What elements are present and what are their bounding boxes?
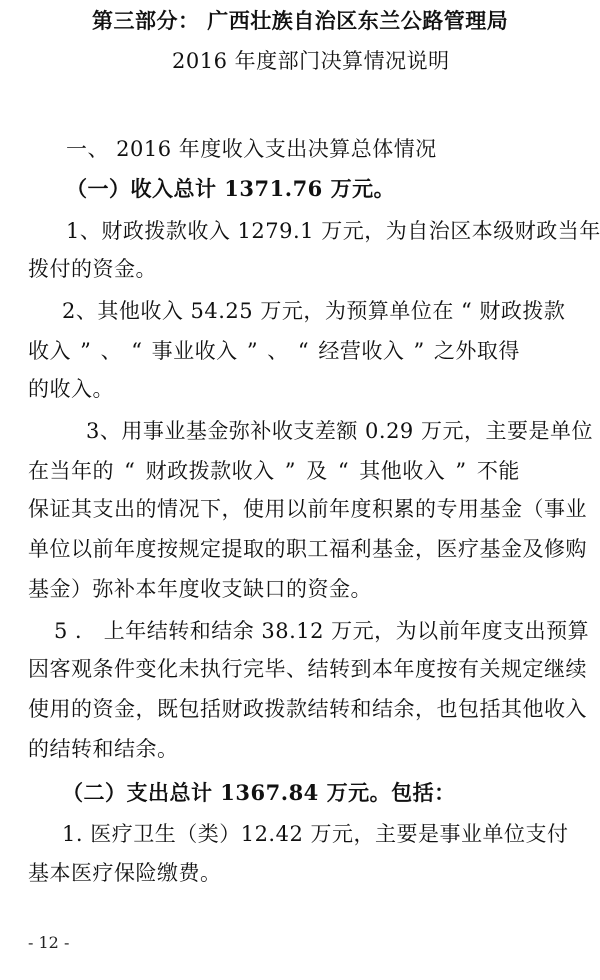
income-item-5-line-4: 的结转和结余。 — [28, 736, 179, 762]
income-item-1-line-1: 1、财政拨款收入 1279.1 万元，为自治区本级财政当年 — [66, 218, 600, 244]
income-item-3-line-5: 基金）弥补本年度收支缺口的资金。 — [28, 576, 372, 602]
income-item-3-line-3: 保证其支出的情况下，使用以前年度积累的专用基金（事业 — [28, 496, 587, 522]
income-item-5-line-3: 使用的资金，既包括财政拨款结转和结余，也包括其他收入 — [28, 696, 587, 722]
income-item-5-line-2: 因客观条件变化未执行完毕、结转到本年度按有关规定继续 — [28, 656, 587, 682]
income-item-3-line-2: 在当年的 “ 财政拨款收入 ” 及 “ 其他收入 ” 不能 — [28, 458, 520, 484]
income-item-5-line-1: 5 ． 上年结转和结余 38.12 万元，为以前年度支出预算 — [54, 618, 589, 644]
title-line-2: 2016 年度部门决算情况说明 — [172, 48, 450, 74]
income-item-3-line-4: 单位以前年度按规定提取的职工福利基金，医疗基金及修购 — [28, 536, 587, 562]
expense-heading: （二）支出总计 1367.84 万元。包括： — [62, 780, 456, 806]
title-line-1: 第三部分： 广西壮族自治区东兰公路管理局 — [92, 8, 508, 34]
income-item-2-line-2: 收入 ” 、 “ 事业收入 ” 、 “ 经营收入 ” 之外取得 — [28, 338, 520, 364]
expense-item-1-line-2: 基本医疗保险缴费。 — [28, 860, 222, 886]
section-heading: 一、 2016 年度收入支出决算总体情况 — [66, 136, 437, 162]
income-item-2-line-3: 的收入。 — [28, 376, 114, 402]
income-item-1-line-2: 拨付的资金。 — [28, 256, 157, 282]
page-number: - 12 - — [28, 933, 69, 953]
income-item-3-line-1: 3、用事业基金弥补收支差额 0.29 万元，主要是单位 — [86, 418, 593, 444]
income-item-2-line-1: 2、其他收入 54.25 万元，为预算单位在 “ 财政拨款 — [62, 298, 565, 324]
expense-item-1-line-1: 1. 医疗卫生（类）12.42 万元，主要是事业单位支付 — [62, 821, 569, 847]
income-heading: （一）收入总计 1371.76 万元。 — [66, 176, 395, 202]
